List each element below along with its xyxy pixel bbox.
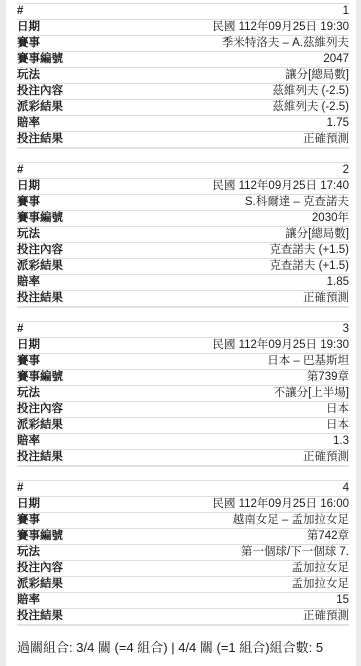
record-row: 賠率1.3 (17, 434, 349, 450)
record-row: 派彩結果日本 (17, 418, 349, 434)
field-value: 日本 (63, 402, 349, 417)
field-label: 日期 (17, 497, 40, 512)
field-value: 1.3 (40, 434, 349, 449)
field-value: 2047 (63, 52, 349, 67)
field-label: 投注內容 (17, 402, 63, 417)
field-value: 第742章 (63, 529, 349, 544)
field-label: 投注結果 (17, 291, 63, 306)
record-row: #4 (17, 481, 349, 497)
field-value: 2 (23, 163, 349, 178)
field-value: 讓分[總局數] (40, 227, 349, 242)
field-label: 玩法 (17, 68, 40, 83)
record-row: #1 (17, 4, 349, 20)
field-value: 日本 (63, 418, 349, 433)
bet-record-card: #2日期民國 112年09月25日 17:40賽事S.科爾達 – 克查諾夫賽事編… (17, 162, 349, 308)
record-row: 日期民國 112年09月25日 19:30 (17, 20, 349, 36)
field-label: 賽事編號 (17, 529, 63, 544)
field-label: 派彩結果 (17, 259, 63, 274)
field-value: 孟加拉女足 (63, 561, 349, 576)
field-value: 正確預測 (63, 609, 349, 624)
field-label: 賽事編號 (17, 52, 63, 67)
record-row: 賽事編號2030年 (17, 211, 349, 227)
record-row: 賽事日本 – 巴基斯坦 (17, 354, 349, 370)
field-label: 派彩結果 (17, 100, 63, 115)
record-row: 賽事季米特洛夫 – A.茲維列夫 (17, 36, 349, 52)
field-label: 投注結果 (17, 132, 63, 147)
field-value: 讓分[總局數] (40, 68, 349, 83)
record-row: 賽事越南女足 – 孟加拉女足 (17, 513, 349, 529)
field-value: 1 (23, 4, 349, 19)
record-row: 投注內容孟加拉女足 (17, 561, 349, 577)
field-value: 第739章 (63, 370, 349, 385)
field-label: 賽事編號 (17, 211, 63, 226)
field-value: 孟加拉女足 (63, 577, 349, 592)
field-label: 投注內容 (17, 84, 63, 99)
field-label: 派彩結果 (17, 577, 63, 592)
field-value: 克查諾夫 (+1.5) (63, 243, 349, 258)
field-label: 賠率 (17, 275, 40, 290)
record-row: 賠率1.75 (17, 116, 349, 132)
field-value: 4 (23, 481, 349, 496)
field-label: 投注內容 (17, 561, 63, 576)
field-value: 1.85 (40, 275, 349, 290)
field-label: 派彩結果 (17, 418, 63, 433)
record-row: 派彩結果孟加拉女足 (17, 577, 349, 593)
field-label: 玩法 (17, 545, 40, 560)
field-value: 季米特洛夫 – A.茲維列夫 (40, 36, 349, 51)
field-value: 民國 112年09月25日 17:40 (40, 179, 349, 194)
record-row: 玩法不讓分[上半場] (17, 386, 349, 402)
bet-record-card: #3日期民國 112年09月25日 19:30賽事日本 – 巴基斯坦賽事編號第7… (17, 321, 349, 467)
field-value: 1.75 (40, 116, 349, 131)
field-value: 民國 112年09月25日 19:30 (40, 338, 349, 353)
record-row: 派彩結果克查諾夫 (+1.5) (17, 259, 349, 275)
field-label: 玩法 (17, 227, 40, 242)
record-row: 投注內容茲維列夫 (-2.5) (17, 84, 349, 100)
field-value: 正確預測 (63, 132, 349, 147)
field-value: 3 (23, 322, 349, 337)
field-value: 民國 112年09月25日 16:00 (40, 497, 349, 512)
record-row: 投注結果正確預測 (17, 291, 349, 308)
record-row: 投注結果正確預測 (17, 450, 349, 467)
record-row: #2 (17, 163, 349, 179)
field-value: 日本 – 巴基斯坦 (40, 354, 349, 369)
record-row: 賠率1.85 (17, 275, 349, 291)
field-label: 賠率 (17, 116, 40, 131)
bet-record-card: #1日期民國 112年09月25日 19:30賽事季米特洛夫 – A.茲維列夫賽… (17, 3, 349, 149)
field-label: 賽事編號 (17, 370, 63, 385)
field-label: 日期 (17, 20, 40, 35)
record-row: 日期民國 112年09月25日 17:40 (17, 179, 349, 195)
record-row: 投注結果正確預測 (17, 132, 349, 149)
field-value: 越南女足 – 孟加拉女足 (40, 513, 349, 528)
record-row: 玩法第一個球/下一個球 7. (17, 545, 349, 561)
field-value: 正確預測 (63, 291, 349, 306)
field-label: 賽事 (17, 36, 40, 51)
bet-records-sheet: #1日期民國 112年09月25日 19:30賽事季米特洛夫 – A.茲維列夫賽… (6, 0, 356, 666)
field-value: 克查諾夫 (+1.5) (63, 259, 349, 274)
record-row: 玩法讓分[總局數] (17, 68, 349, 84)
record-row: 派彩結果茲維列夫 (-2.5) (17, 100, 349, 116)
record-row: #3 (17, 322, 349, 338)
record-row: 投注結果正確預測 (17, 609, 349, 626)
record-row: 賽事編號第739章 (17, 370, 349, 386)
field-label: 投注結果 (17, 450, 63, 465)
field-value: 正確預測 (63, 450, 349, 465)
field-value: 茲維列夫 (-2.5) (63, 100, 349, 115)
record-row: 賠率15 (17, 593, 349, 609)
bet-record-card: #4日期民國 112年09月25日 16:00賽事越南女足 – 孟加拉女足賽事編… (17, 480, 349, 626)
field-label: 玩法 (17, 386, 40, 401)
parlay-summary: 過關組合: 3/4 關 (=4 組合) | 4/4 關 (=1 組合)組合數: … (17, 639, 349, 656)
field-label: 投注內容 (17, 243, 63, 258)
record-row: 投注內容克查諾夫 (+1.5) (17, 243, 349, 259)
field-label: 投注結果 (17, 609, 63, 624)
field-label: 賠率 (17, 593, 40, 608)
field-label: 賽事 (17, 354, 40, 369)
record-row: 日期民國 112年09月25日 19:30 (17, 338, 349, 354)
field-label: 賽事 (17, 513, 40, 528)
record-row: 賽事編號2047 (17, 52, 349, 68)
record-row: 玩法讓分[總局數] (17, 227, 349, 243)
record-row: 賽事編號第742章 (17, 529, 349, 545)
field-label: 賠率 (17, 434, 40, 449)
field-value: 2030年 (63, 211, 349, 226)
record-row: 投注內容日本 (17, 402, 349, 418)
record-row: 日期民國 112年09月25日 16:00 (17, 497, 349, 513)
field-label: 日期 (17, 179, 40, 194)
field-value: S.科爾達 – 克查諾夫 (40, 195, 349, 210)
field-value: 不讓分[上半場] (40, 386, 349, 401)
field-value: 15 (40, 593, 349, 608)
field-value: 第一個球/下一個球 7. (40, 545, 349, 560)
bet-records-list: #1日期民國 112年09月25日 19:30賽事季米特洛夫 – A.茲維列夫賽… (17, 3, 349, 626)
field-label: 日期 (17, 338, 40, 353)
field-label: 賽事 (17, 195, 40, 210)
record-row: 賽事S.科爾達 – 克查諾夫 (17, 195, 349, 211)
field-value: 民國 112年09月25日 19:30 (40, 20, 349, 35)
field-value: 茲維列夫 (-2.5) (63, 84, 349, 99)
